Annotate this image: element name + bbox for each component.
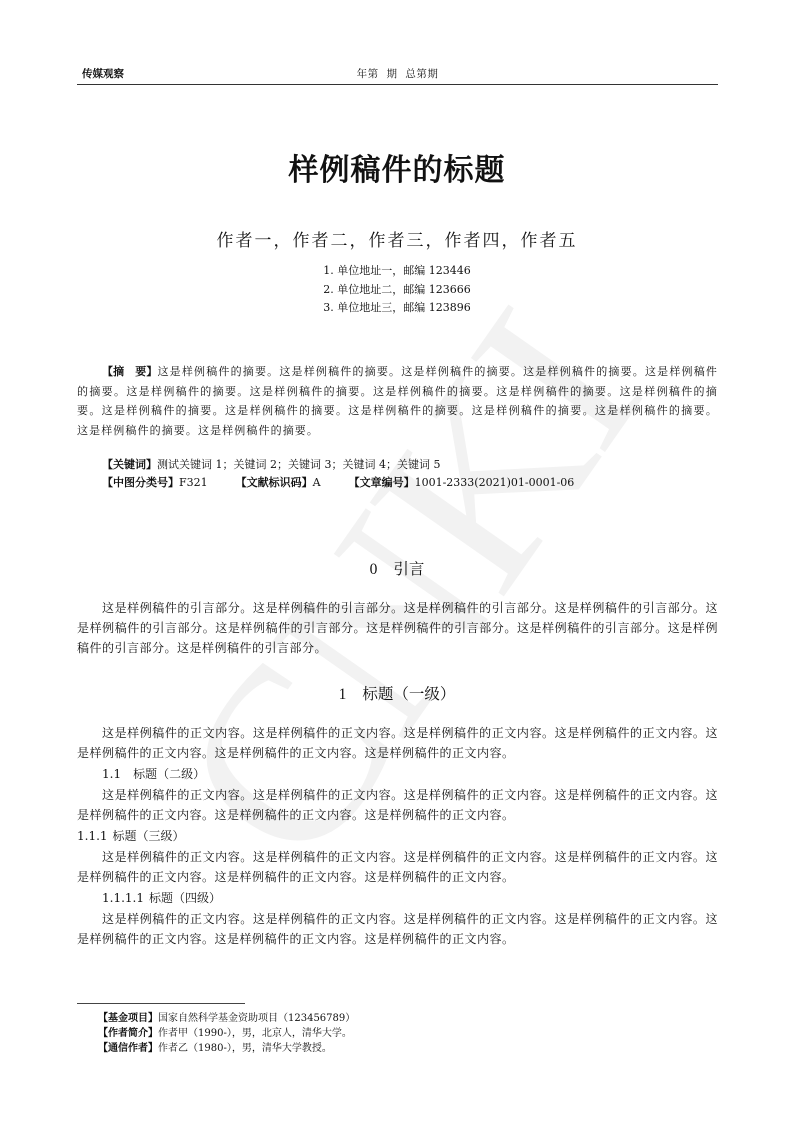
affiliation-list: 1. 单位地址一，邮编 123446 2. 单位地址二，邮编 123666 3.… bbox=[0, 262, 794, 318]
footnote-text: 国家自然科学基金资助项目（123456789） bbox=[158, 1013, 355, 1024]
section-heading-intro: 0引言 bbox=[0, 557, 794, 579]
abstract-label: 【摘 要】 bbox=[102, 365, 157, 378]
footnote-author-bio: 【作者简介】作者甲（1990-），男，北京人，清华大学。 bbox=[98, 1026, 355, 1041]
issue-total: 总第期 bbox=[405, 68, 438, 80]
paper-title: 样例稿件的标题 bbox=[0, 145, 794, 189]
section-heading-1: 1标题（一级） bbox=[0, 682, 794, 704]
abstract: 【摘 要】这是样例稿件的摘要。这是样例稿件的摘要。这是样例稿件的摘要。这是样例稿… bbox=[77, 362, 718, 440]
clc-label: 【中图分类号】 bbox=[102, 476, 179, 489]
issue-info: 年第 期 总第期 bbox=[77, 66, 718, 81]
body-paragraph: 这是样例稿件的正文内容。这是样例稿件的正文内容。这是样例稿件的正文内容。这是样例… bbox=[77, 785, 718, 825]
body-paragraph: 这是样例稿件的正文内容。这是样例稿件的正文内容。这是样例稿件的正文内容。这是样例… bbox=[77, 909, 718, 949]
subsection-heading-1-1-1-1: 1.1.1.1标题（四级） bbox=[102, 888, 221, 908]
keywords-label: 【关键词】 bbox=[102, 458, 157, 471]
footnote-label: 【作者简介】 bbox=[98, 1028, 158, 1039]
affiliation-item: 2. 单位地址二，邮编 123666 bbox=[0, 281, 794, 300]
subsection-heading-1-1: 1.1标题（二级） bbox=[102, 764, 205, 784]
section-number: 1 bbox=[339, 686, 347, 703]
doc-code-value: A bbox=[313, 476, 321, 489]
keywords: 【关键词】测试关键词 1；关键词 2；关键词 3；关键词 4；关键词 5 bbox=[102, 456, 440, 474]
section-title: 引言 bbox=[393, 560, 424, 578]
classification-line: 【中图分类号】F321【文献标识码】A【文章编号】1001-2333(2021)… bbox=[102, 474, 574, 492]
article-no-value: 1001-2333(2021)01-0001-06 bbox=[415, 476, 575, 489]
abstract-text: 这是样例稿件的摘要。这是样例稿件的摘要。这是样例稿件的摘要。这是样例稿件的摘要。… bbox=[77, 365, 718, 437]
footnote-label: 【基金项目】 bbox=[98, 1013, 158, 1024]
clc-value: F321 bbox=[179, 476, 208, 489]
footnote-text: 作者甲（1990-），男，北京人，清华大学。 bbox=[158, 1028, 352, 1039]
article-no-label: 【文章编号】 bbox=[349, 476, 415, 489]
issue-year: 年第 bbox=[357, 68, 379, 80]
footnote-corresponding: 【通信作者】作者乙（1980-），男，清华大学教授。 bbox=[98, 1041, 355, 1056]
affiliation-item: 3. 单位地址三，邮编 123896 bbox=[0, 299, 794, 318]
paper-page: 传媒观察 年第 期 总第期 样例稿件的标题 作者一，作者二，作者三，作者四，作者… bbox=[0, 0, 794, 1123]
subsection-number: 1.1 bbox=[102, 767, 121, 781]
section-title: 标题（一级） bbox=[362, 685, 455, 703]
subsection-title: 标题（四级） bbox=[149, 891, 221, 905]
subsection-heading-1-1-1: 1.1.1标题（三级） bbox=[77, 826, 185, 846]
footnote-label: 【通信作者】 bbox=[98, 1043, 158, 1054]
intro-paragraph: 这是样例稿件的引言部分。这是样例稿件的引言部分。这是样例稿件的引言部分。这是样例… bbox=[77, 598, 718, 658]
body-paragraph: 这是样例稿件的正文内容。这是样例稿件的正文内容。这是样例稿件的正文内容。这是样例… bbox=[77, 723, 718, 763]
issue-number: 期 bbox=[387, 68, 398, 80]
doc-code-label: 【文献标识码】 bbox=[236, 476, 313, 489]
footnote-divider bbox=[77, 1003, 245, 1004]
footnote-text: 作者乙（1980-），男，清华大学教授。 bbox=[158, 1043, 332, 1054]
subsection-number: 1.1.1.1 bbox=[102, 891, 144, 905]
affiliation-item: 1. 单位地址一，邮编 123446 bbox=[0, 262, 794, 281]
subsection-number: 1.1.1 bbox=[77, 829, 108, 843]
running-header: 传媒观察 年第 期 总第期 bbox=[77, 62, 718, 85]
keywords-text: 测试关键词 1；关键词 2；关键词 3；关键词 4；关键词 5 bbox=[157, 458, 440, 471]
subsection-title: 标题（三级） bbox=[113, 829, 185, 843]
footnotes: 【基金项目】国家自然科学基金资助项目（123456789） 【作者简介】作者甲（… bbox=[98, 1011, 355, 1056]
footnote-funding: 【基金项目】国家自然科学基金资助项目（123456789） bbox=[98, 1011, 355, 1026]
body-paragraph: 这是样例稿件的正文内容。这是样例稿件的正文内容。这是样例稿件的正文内容。这是样例… bbox=[77, 847, 718, 887]
author-list: 作者一，作者二，作者三，作者四，作者五 bbox=[0, 226, 794, 251]
subsection-title: 标题（二级） bbox=[133, 767, 205, 781]
section-number: 0 bbox=[370, 561, 378, 578]
